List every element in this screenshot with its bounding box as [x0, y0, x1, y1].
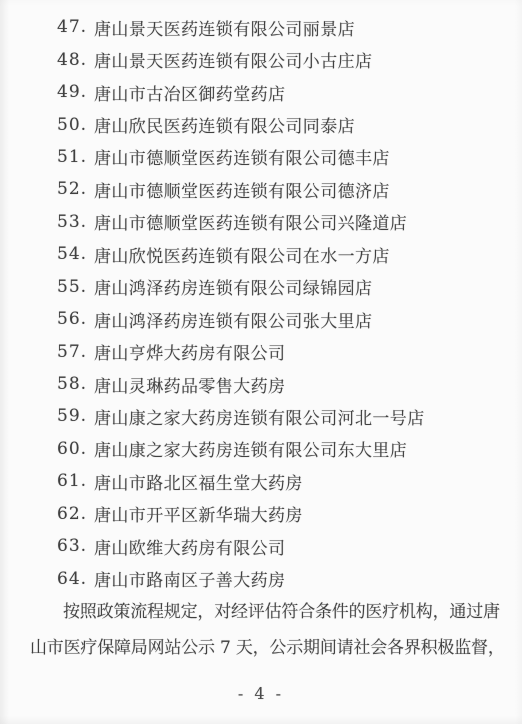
list-item-number: 49. [57, 82, 94, 102]
pharmacy-list: 47. 唐山景天医药连锁有限公司丽景店 48. 唐山景天医药连锁有限公司小古庄店… [57, 11, 522, 595]
list-item-number: 53. [57, 212, 94, 232]
paragraph-line: 山市医疗保障局网站公示 7 天，公示期间请社会各界积极监督， [30, 630, 506, 666]
pharmacy-name: 唐山欧维大药房有限公司 [94, 534, 285, 559]
pharmacy-name: 唐山康之家大药房连锁有限公司河北一号店 [94, 404, 425, 429]
list-item: 51. 唐山市德顺堂医药连锁有限公司德丰店 [57, 141, 522, 173]
scanned-document-page: 47. 唐山景天医药连锁有限公司丽景店 48. 唐山景天医药连锁有限公司小古庄店… [0, 0, 522, 724]
closing-paragraph: 按照政策流程规定，对经评估符合条件的医疗机构，通过唐 山市医疗保障局网站公示 7… [30, 594, 506, 666]
list-item-number: 54. [57, 244, 94, 264]
list-item: 61. 唐山市路北区福生堂大药房 [57, 465, 522, 497]
pharmacy-name: 唐山市路北区福生堂大药房 [94, 469, 303, 494]
pharmacy-name: 唐山景天医药连锁有限公司小古庄店 [94, 47, 372, 72]
list-item: 56. 唐山鸿泽药房连锁有限公司张大里店 [57, 303, 522, 335]
list-item: 63. 唐山欧维大药房有限公司 [57, 530, 522, 562]
list-item: 49. 唐山市古冶区御药堂药店 [57, 76, 522, 108]
pharmacy-name: 唐山灵琳药品零售大药房 [94, 372, 285, 397]
list-item-number: 58. [57, 374, 94, 394]
list-item: 57. 唐山亨烨大药房有限公司 [57, 335, 522, 367]
list-item-number: 52. [57, 179, 94, 199]
list-item: 54. 唐山欣悦医药连锁有限公司在水一方店 [57, 238, 522, 270]
list-item-number: 64. [57, 569, 94, 589]
list-item-number: 62. [57, 504, 94, 524]
list-item: 48. 唐山景天医药连锁有限公司小古庄店 [57, 43, 522, 75]
pharmacy-name: 唐山市路南区子善大药房 [94, 566, 285, 591]
list-item: 53. 唐山市德顺堂医药连锁有限公司兴隆道店 [57, 206, 522, 238]
list-item-number: 63. [57, 536, 94, 556]
pharmacy-name: 唐山亨烨大药房有限公司 [94, 339, 285, 364]
pharmacy-name: 唐山市古冶区御药堂药店 [94, 80, 285, 105]
list-item-number: 48. [57, 50, 94, 70]
list-item-number: 61. [57, 471, 94, 491]
list-item: 47. 唐山景天医药连锁有限公司丽景店 [57, 11, 522, 43]
pharmacy-name: 唐山市开平区新华瑞大药房 [94, 501, 303, 526]
list-item: 60. 唐山康之家大药房连锁有限公司东大里店 [57, 433, 522, 465]
list-item: 58. 唐山灵琳药品零售大药房 [57, 368, 522, 400]
list-item: 62. 唐山市开平区新华瑞大药房 [57, 498, 522, 530]
paragraph-line: 按照政策流程规定，对经评估符合条件的医疗机构，通过唐 [30, 594, 506, 630]
list-item-number: 60. [57, 439, 94, 459]
list-item-number: 50. [57, 115, 94, 135]
list-item-number: 55. [57, 277, 94, 297]
list-item: 52. 唐山市德顺堂医药连锁有限公司德济店 [57, 173, 522, 205]
page-number: - 4 - [0, 684, 522, 704]
list-item: 55. 唐山鸿泽药房连锁有限公司绿锦园店 [57, 271, 522, 303]
list-item: 64. 唐山市路南区子善大药房 [57, 562, 522, 594]
pharmacy-name: 唐山鸿泽药房连锁有限公司张大里店 [94, 307, 372, 332]
list-item-number: 47. [57, 17, 94, 37]
pharmacy-name: 唐山市德顺堂医药连锁有限公司德丰店 [94, 144, 390, 169]
list-item-number: 56. [57, 309, 94, 329]
list-item-number: 51. [57, 147, 94, 167]
pharmacy-name: 唐山景天医药连锁有限公司丽景店 [94, 15, 355, 40]
pharmacy-name: 唐山欣民医药连锁有限公司同泰店 [94, 112, 355, 137]
pharmacy-name: 唐山市德顺堂医药连锁有限公司兴隆道店 [94, 209, 407, 234]
pharmacy-name: 唐山欣悦医药连锁有限公司在水一方店 [94, 242, 390, 267]
pharmacy-name: 唐山市德顺堂医药连锁有限公司德济店 [94, 177, 390, 202]
list-item: 50. 唐山欣民医药连锁有限公司同泰店 [57, 108, 522, 140]
list-item-number: 57. [57, 342, 94, 362]
pharmacy-name: 唐山康之家大药房连锁有限公司东大里店 [94, 436, 407, 461]
list-item-number: 59. [57, 406, 94, 426]
list-item: 59. 唐山康之家大药房连锁有限公司河北一号店 [57, 400, 522, 432]
pharmacy-name: 唐山鸿泽药房连锁有限公司绿锦园店 [94, 274, 372, 299]
